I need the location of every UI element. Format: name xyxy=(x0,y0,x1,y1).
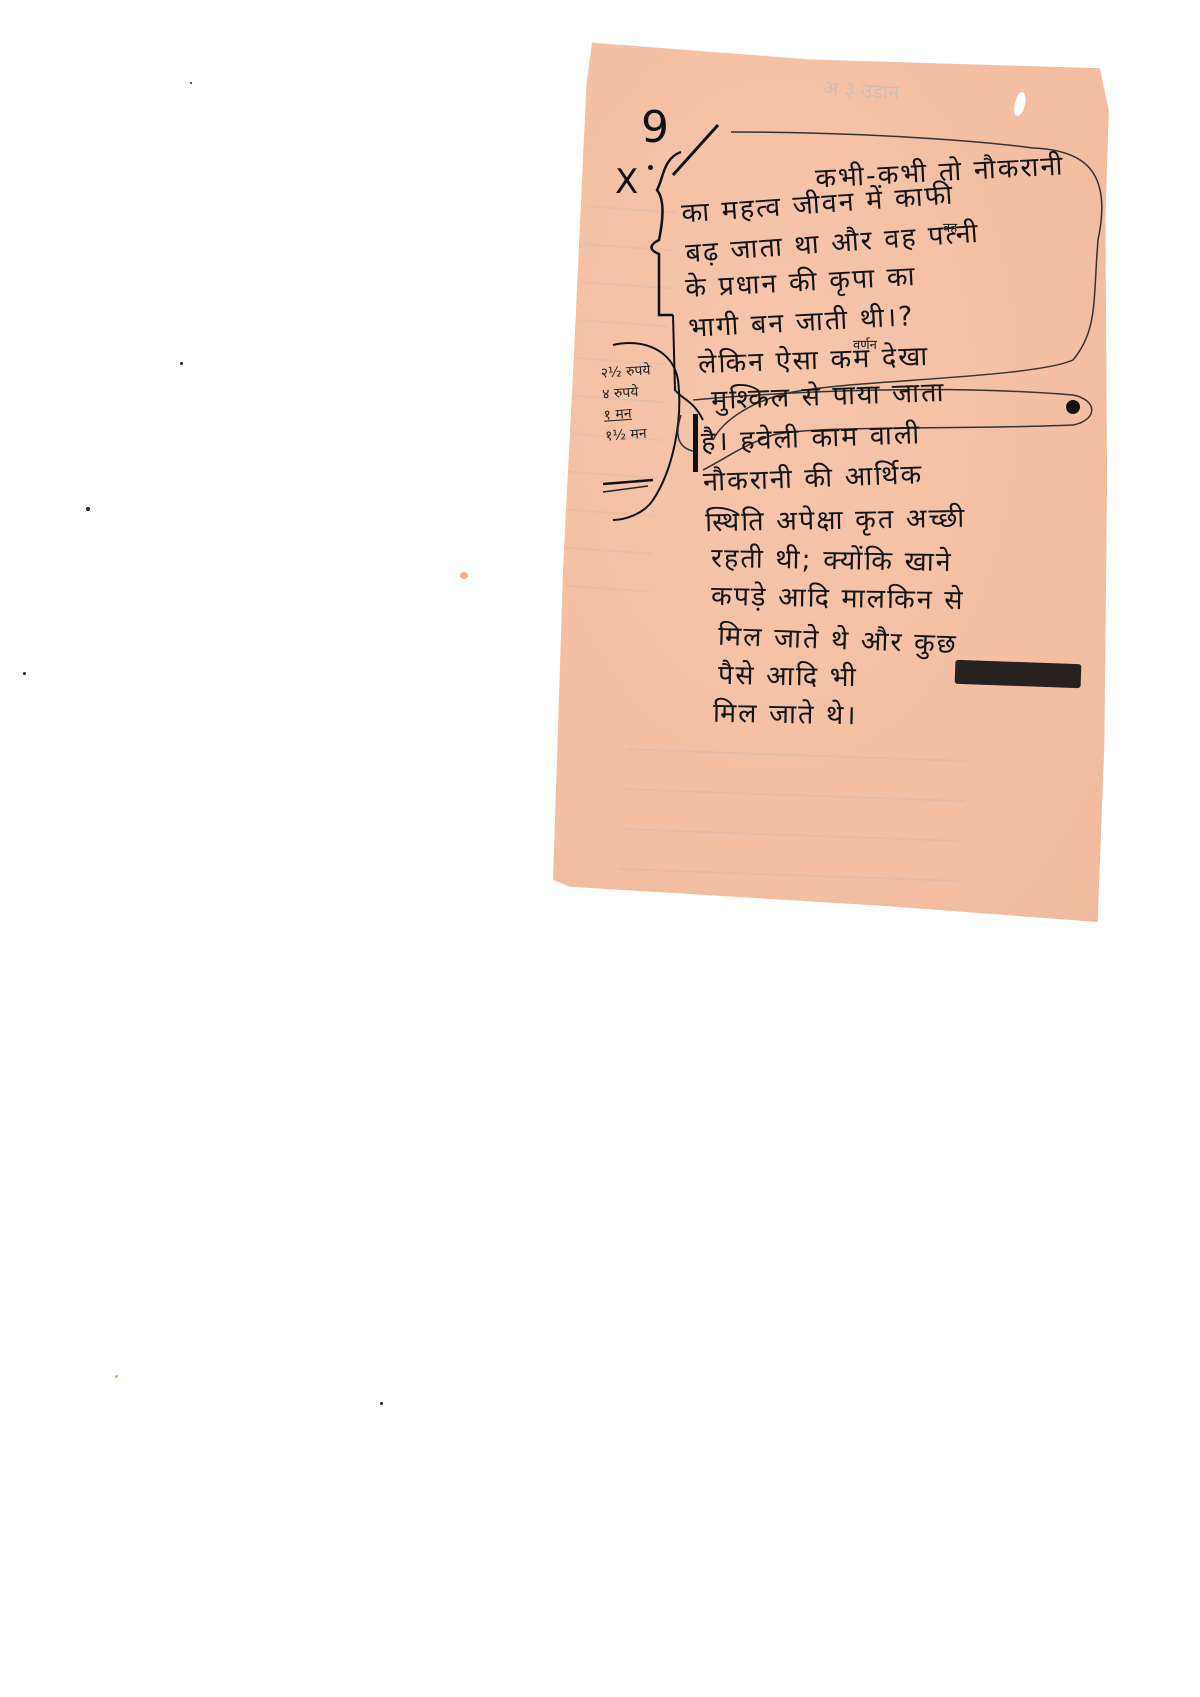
body-line-15: मिल जाते थे। xyxy=(713,693,858,733)
struck-out-word xyxy=(955,660,1082,688)
scan-speck xyxy=(380,1402,383,1405)
margin-note-line: २½ रुपये xyxy=(600,360,651,384)
body-line-12: कपड़े आदि मालकिन से xyxy=(711,576,965,617)
scan-speck xyxy=(115,1375,118,1378)
body-line-9: नौकरानी की आर्थिक xyxy=(702,454,923,499)
scan-speck xyxy=(190,82,192,84)
insertion-varnan: वर्णन xyxy=(853,335,877,353)
body-line-8: है। हवेली काम वाली xyxy=(700,414,921,459)
body-line-10: स्थिति अपेक्षा कृत अच्छी xyxy=(705,498,967,540)
insertion-vah: वह xyxy=(943,218,957,236)
scan-speck xyxy=(460,572,468,579)
scan-speck xyxy=(86,507,90,511)
margin-note: २½ रुपये ४ रुपये १ मन १½ मन xyxy=(600,360,655,447)
scan-speck xyxy=(23,672,26,675)
margin-note-line: १½ मन xyxy=(605,423,656,447)
body-line-11: रहती थी; क्योंकि खाने xyxy=(711,538,953,579)
manuscript-page: अ ३ उड़ान 9 X कभी-कभी तो नौकरानी का महत्… xyxy=(553,40,1111,922)
body-line-14: पैसे आदि भी xyxy=(718,655,858,694)
scan-speck xyxy=(180,362,183,365)
